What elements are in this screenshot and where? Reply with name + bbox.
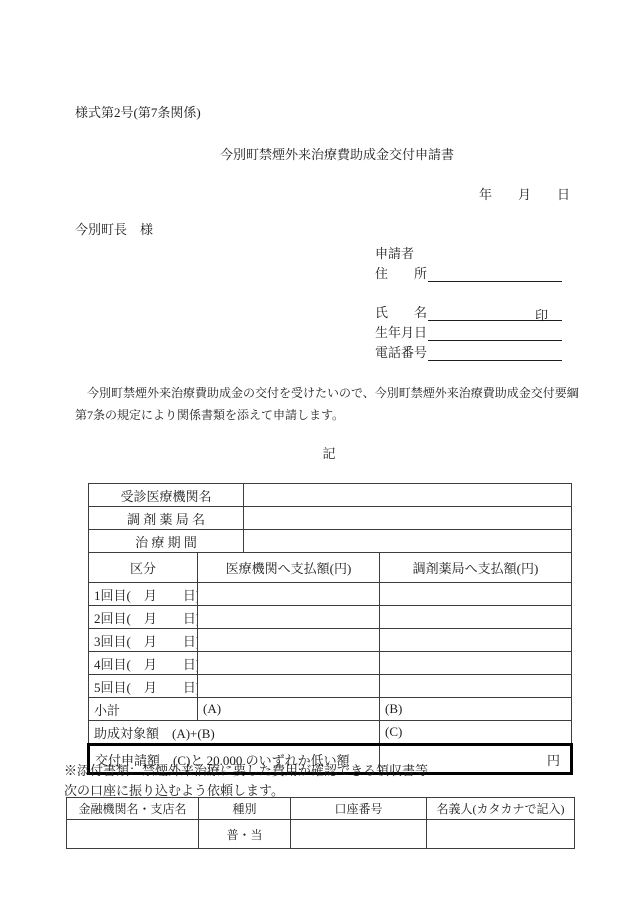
subtotal-a-cell[interactable]: (A) [198, 698, 380, 721]
bank-holder-value[interactable] [427, 820, 575, 849]
birthdate-input-line[interactable] [428, 325, 562, 341]
bank-account-type-choice[interactable]: 普・当 [199, 820, 291, 849]
phone-label: 電話番号 [375, 342, 428, 361]
medical-institution-value[interactable] [244, 484, 572, 507]
phone-row: 電話番号 [375, 342, 562, 361]
subsidy-target-label: 助成対象額 (A)+(B) [89, 721, 380, 745]
visit-4-medical-amount[interactable] [198, 652, 380, 675]
name-label: 氏 名 [375, 302, 428, 321]
pharmacy-name-value[interactable] [244, 507, 572, 530]
page-title: 今別町禁煙外来治療費助成金交付申請書 [0, 144, 630, 163]
bank-holder-header: 名義人(カタカナで記入) [427, 798, 575, 820]
visit-5-pharmacy-amount[interactable] [380, 675, 572, 698]
ki-marker: 記 [0, 443, 630, 462]
body-line-2: 第7条の規定により関係書類を添えて申請します。 [75, 404, 579, 426]
pharmacy-name-row: 調 剤 薬 局 名 [89, 507, 572, 530]
seal-mark: 印 [535, 308, 548, 323]
visit-2-label: 2回目( 月 日) [89, 606, 198, 629]
visit-2-medical-amount[interactable] [198, 606, 380, 629]
visit-5-row: 5回目( 月 日) [89, 675, 572, 698]
pharmacy-payment-header: 調剤薬局へ支払額(円) [380, 553, 572, 583]
bank-data-row: 普・当 [67, 820, 575, 849]
visit-1-medical-amount[interactable] [198, 583, 380, 606]
bank-account-number-header: 口座番号 [291, 798, 427, 820]
phone-input-line[interactable] [428, 345, 562, 361]
birthdate-row: 生年月日 [375, 322, 562, 341]
visit-2-pharmacy-amount[interactable] [380, 606, 572, 629]
birthdate-label: 生年月日 [375, 322, 428, 341]
visit-3-medical-amount[interactable] [198, 629, 380, 652]
bank-table: 金融機関名・支店名 種別 口座番号 名義人(カタカナで記入) 普・当 [66, 797, 575, 849]
visit-4-pharmacy-amount[interactable] [380, 652, 572, 675]
visit-4-label: 4回目( 月 日) [89, 652, 198, 675]
treatment-period-value[interactable] [244, 530, 572, 553]
address-label: 住 所 [375, 263, 428, 282]
medical-institution-row: 受診医療機関名 [89, 484, 572, 507]
visit-3-row: 3回目( 月 日) [89, 629, 572, 652]
name-input-line[interactable]: 印 [428, 305, 562, 321]
visit-1-label: 1回目( 月 日) [89, 583, 198, 606]
applicant-heading: 申請者 [375, 243, 414, 262]
bank-account-number-value[interactable] [291, 820, 427, 849]
attachment-note: ※添付書類：禁煙外来治療に要した費用が確認できる領収書等 [64, 760, 428, 779]
subtotal-b-cell[interactable]: (B) [380, 698, 572, 721]
visit-1-pharmacy-amount[interactable] [380, 583, 572, 606]
visit-5-medical-amount[interactable] [198, 675, 380, 698]
bank-institution-header: 金融機関名・支店名 [67, 798, 199, 820]
table-header-row: 区分 医療機関へ支払額(円) 調剤薬局へ支払額(円) [89, 553, 572, 583]
subsidy-target-row: 助成対象額 (A)+(B) (C) [89, 721, 572, 745]
subtotal-row: 小計 (A) (B) [89, 698, 572, 721]
date-line: 年 月 日 [479, 184, 570, 203]
name-row: 氏 名印 [375, 302, 562, 321]
medical-payment-header: 医療機関へ支払額(円) [198, 553, 380, 583]
visit-2-row: 2回目( 月 日) [89, 606, 572, 629]
visit-5-label: 5回目( 月 日) [89, 675, 198, 698]
subtotal-label: 小計 [89, 698, 198, 721]
application-form-page: 様式第2号(第7条関係) 今別町禁煙外来治療費助成金交付申請書 年 月 日 今別… [0, 0, 630, 915]
visit-4-row: 4回目( 月 日) [89, 652, 572, 675]
body-line-1: 今別町禁煙外来治療費助成金の交付を受けたいので、今別町禁煙外来治療費助成金交付要… [75, 382, 579, 404]
record-table: 受診医療機関名 調 剤 薬 局 名 治 療 期 間 区分 医療機関へ支払額(円)… [87, 483, 573, 775]
medical-institution-label: 受診医療機関名 [89, 484, 244, 507]
treatment-period-label: 治 療 期 間 [89, 530, 244, 553]
visit-3-pharmacy-amount[interactable] [380, 629, 572, 652]
visit-1-row: 1回目( 月 日) [89, 583, 572, 606]
bank-type-header: 種別 [199, 798, 291, 820]
bank-institution-value[interactable] [67, 820, 199, 849]
address-input-line[interactable] [428, 266, 562, 282]
body-paragraph: 今別町禁煙外来治療費助成金の交付を受けたいので、今別町禁煙外来治療費助成金交付要… [75, 382, 579, 426]
visit-3-label: 3回目( 月 日) [89, 629, 198, 652]
bank-header-row: 金融機関名・支店名 種別 口座番号 名義人(カタカナで記入) [67, 798, 575, 820]
pharmacy-name-label: 調 剤 薬 局 名 [89, 507, 244, 530]
treatment-period-row: 治 療 期 間 [89, 530, 572, 553]
subsidy-c-cell[interactable]: (C) [380, 721, 572, 745]
address-row: 住 所 [375, 263, 562, 282]
form-number: 様式第2号(第7条関係) [75, 102, 201, 121]
category-header: 区分 [89, 553, 198, 583]
addressee: 今別町長 様 [75, 219, 153, 238]
